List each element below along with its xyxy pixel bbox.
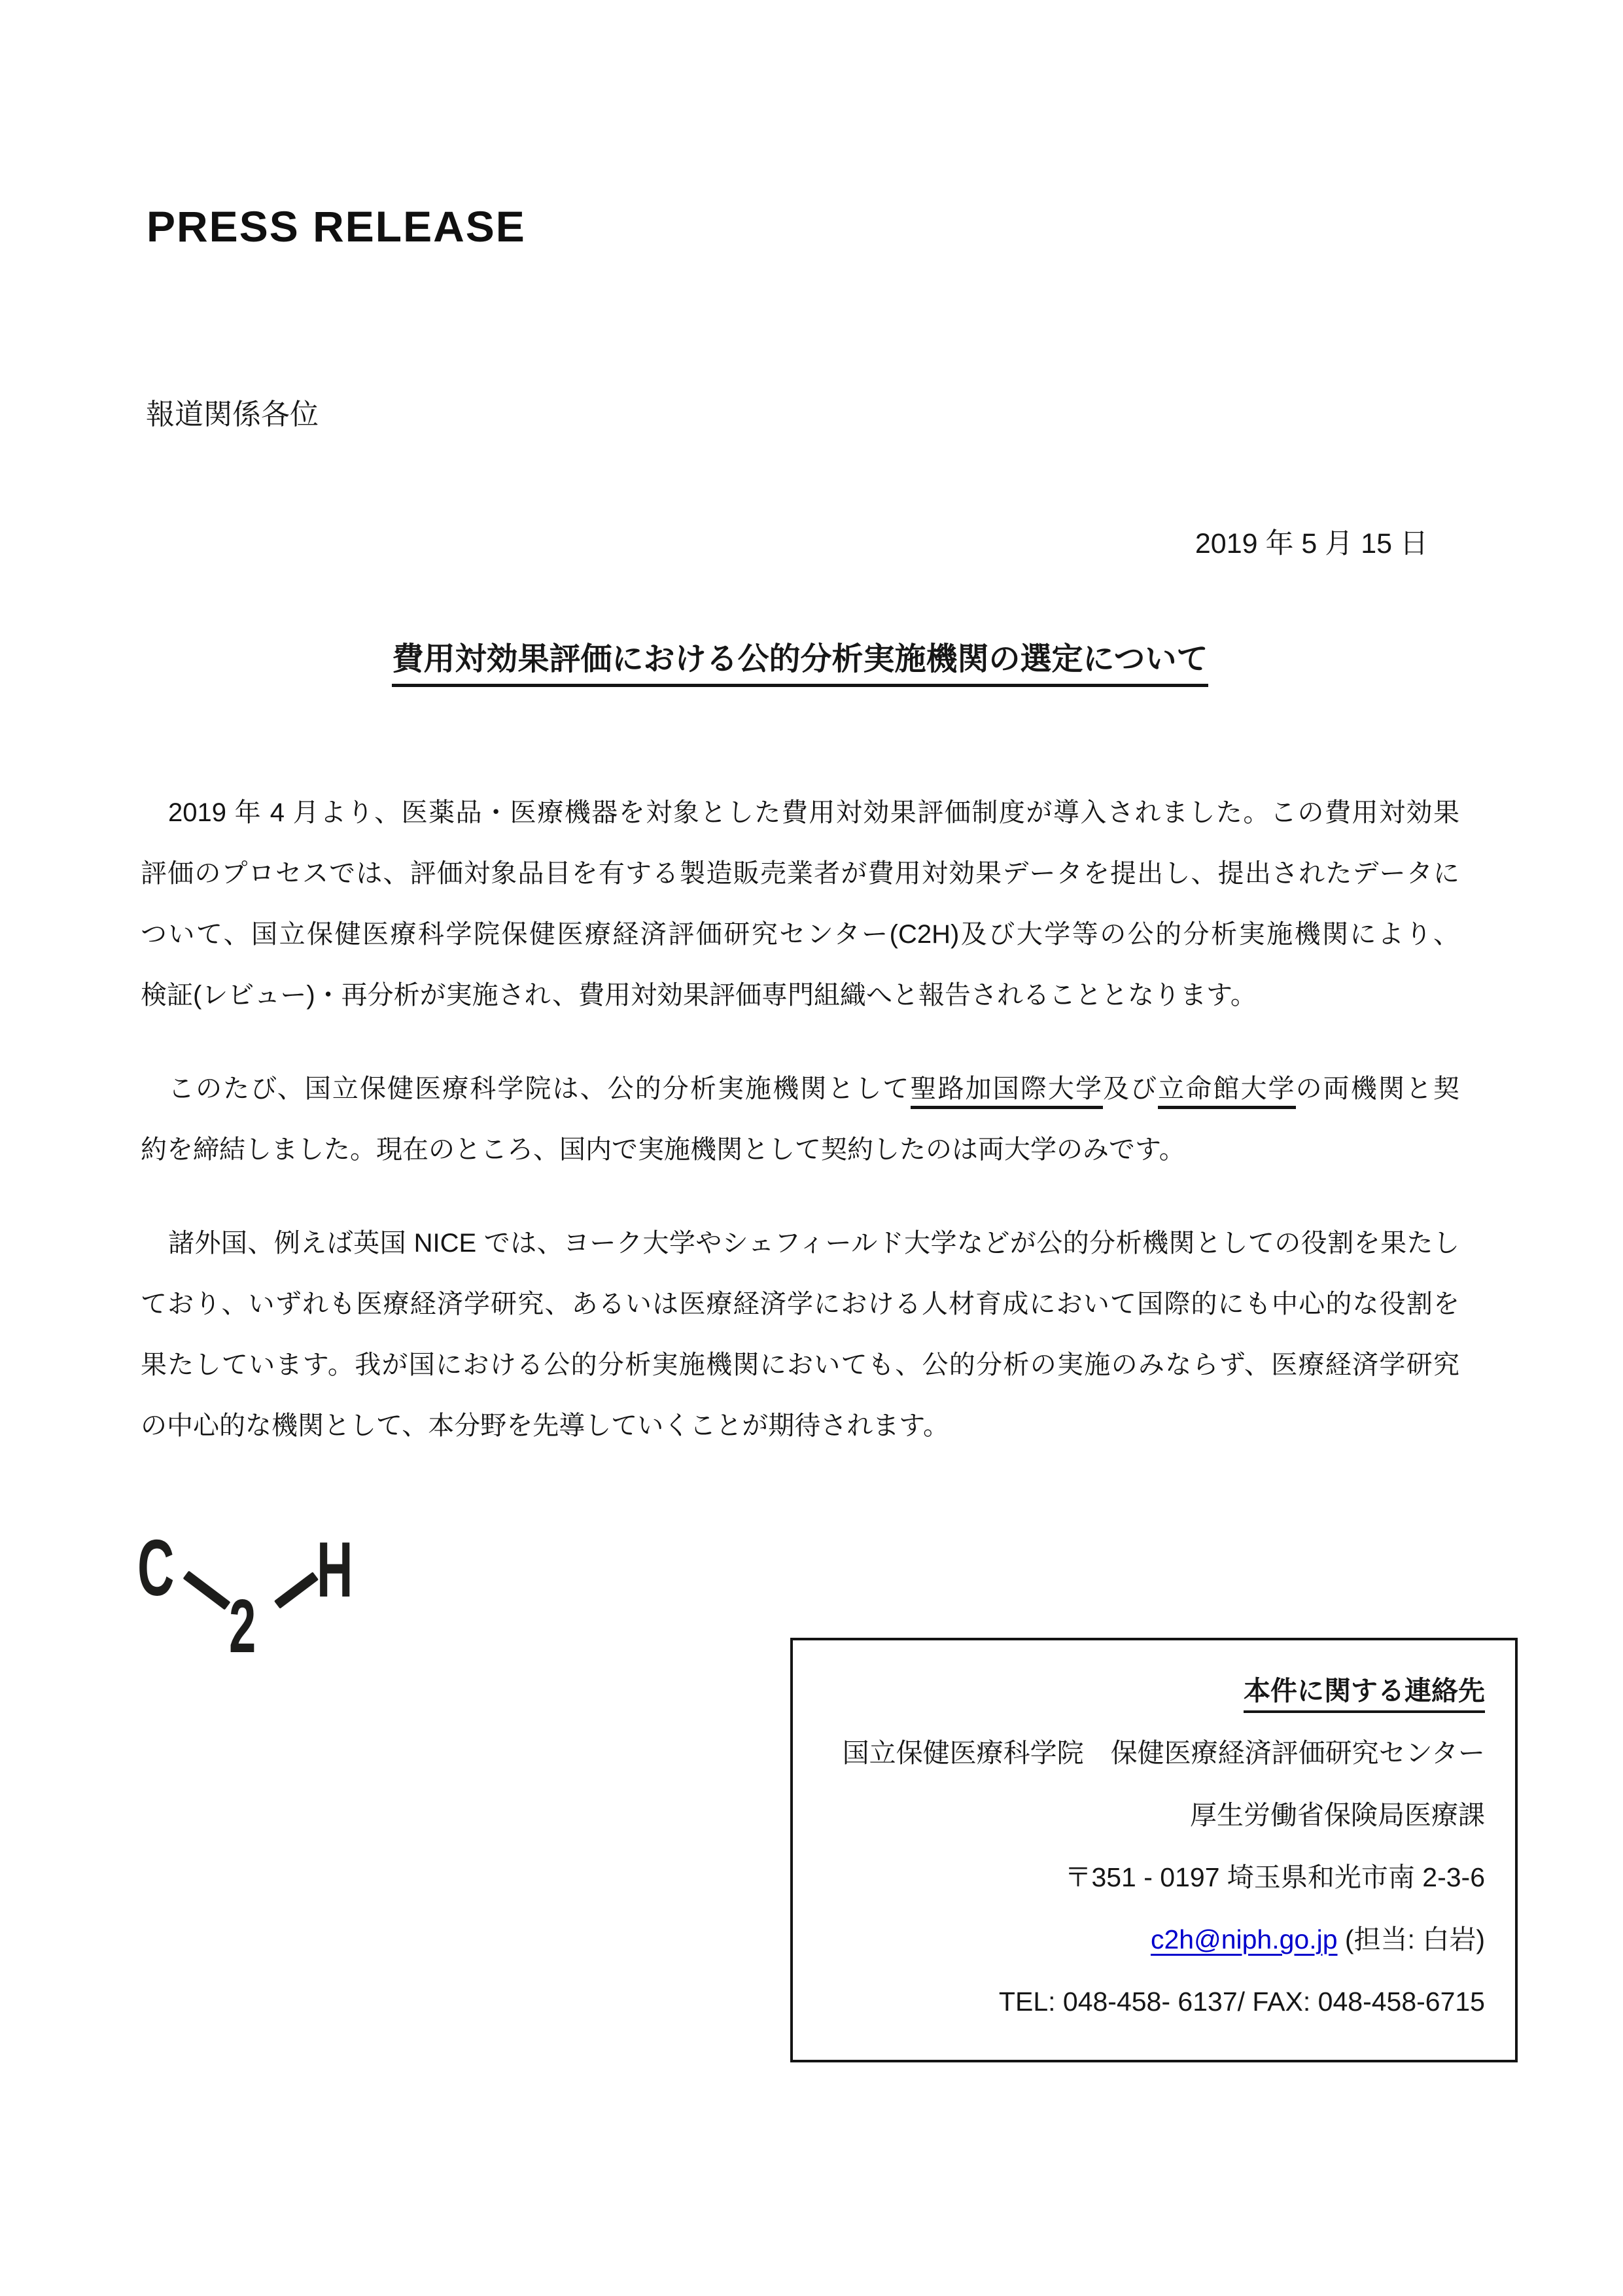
body-text: 2019 年 4 月より、医薬品・医療機器を対象とした費用対効果評価制度が導入さ… [141, 783, 1459, 1489]
paragraph-line: 約を締結しました。現在のところ、国内で実施機関として契約したのは両大学のみです。 [141, 1120, 1459, 1180]
c2h-logo-letter-h: H [317, 1530, 353, 1609]
university-name-underlined: 立命館大学 [1158, 1074, 1295, 1109]
paragraph-line: 2019 年 4 月より、医薬品・医療機器を対象とした費用対効果評価制度が導入さ… [141, 783, 1459, 843]
paragraph-2: このたび、国立保健医療科学院は、公的分析実施機関として聖路加国際大学及び立命館大… [141, 1059, 1459, 1180]
c2h-logo-letter-c: C [137, 1528, 174, 1608]
c2h-logo-letter-2: 2 [229, 1588, 256, 1664]
contact-dept: 厚生労働省保険局医療課 [805, 1784, 1485, 1846]
contact-box: 本件に関する連絡先 国立保健医療科学院 保健医療経済評価研究センター 厚生労働省… [790, 1638, 1518, 2062]
paragraph-line: 諸外国、例えば英国 NICE では、ヨーク大学やシェフィールド大学などが公的分析… [141, 1213, 1459, 1274]
contact-email-line: c2h@niph.go.jp (担当: 白岩) [805, 1909, 1485, 1971]
paragraph-line: 検証(レビュー)・再分析が実施され、費用対効果評価専門組織へと報告されることとな… [141, 965, 1459, 1026]
document-title-text: 費用対効果評価における公的分析実施機関の選定について [392, 633, 1208, 687]
paragraph-1: 2019 年 4 月より、医薬品・医療機器を対象とした費用対効果評価制度が導入さ… [141, 783, 1459, 1026]
paragraph-text: 及び [1103, 1074, 1158, 1103]
c2h-logo-bond-right [274, 1572, 319, 1609]
paragraph-line: 評価のプロセスでは、評価対象品目を有する製造販売業者が費用対効果データを提出し、… [141, 843, 1459, 904]
document-title: 費用対効果評価における公的分析実施機関の選定について [141, 633, 1459, 687]
paragraph-line: の中心的な機関として、本分野を先導していくことが期待されます。 [141, 1396, 1459, 1457]
email-link[interactable]: c2h@niph.go.jp [1151, 1924, 1338, 1954]
paragraph-3: 諸外国、例えば英国 NICE では、ヨーク大学やシェフィールド大学などが公的分析… [141, 1213, 1459, 1457]
press-release-masthead: PRESS RELEASE [147, 202, 526, 251]
contact-heading-text: 本件に関する連絡先 [1244, 1676, 1485, 1713]
email-contact-person: (担当: 白岩) [1338, 1924, 1485, 1954]
c2h-logo: C 2 H [137, 1528, 360, 1659]
contact-address: 〒351 - 0197 埼玉県和光市南 2-3-6 [805, 1846, 1485, 1909]
university-name-underlined: 聖路加国際大学 [911, 1074, 1104, 1109]
paragraph-line: ており、いずれも医療経済学研究、あるいは医療経済学における人材育成において国際的… [141, 1274, 1459, 1335]
contact-heading: 本件に関する連絡先 [805, 1660, 1485, 1722]
paragraph-line: 果たしています。我が国における公的分析実施機関においても、公的分析の実施のみなら… [141, 1335, 1459, 1396]
c2h-logo-bond-left [183, 1570, 231, 1610]
date-line: 2019 年 5 月 15 日 [1195, 521, 1428, 561]
paragraph-line: ついて、国立保健医療科学院保健医療経済評価研究センター(C2H)及び大学等の公的… [141, 904, 1459, 965]
paragraph-text: の両機関と契 [1296, 1074, 1459, 1103]
paragraph-line: このたび、国立保健医療科学院は、公的分析実施機関として聖路加国際大学及び立命館大… [141, 1059, 1459, 1120]
contact-org: 国立保健医療科学院 保健医療経済評価研究センター [805, 1722, 1485, 1784]
contact-tel-fax: TEL: 048-458- 6137/ FAX: 048-458-6715 [805, 1971, 1485, 2033]
press-release-page: { "header": { "masthead": "PRESS RELEASE… [0, 0, 1623, 2296]
recipient-line: 報道関係各位 [146, 391, 319, 433]
paragraph-text: このたび、国立保健医療科学院は、公的分析実施機関として [168, 1074, 911, 1103]
